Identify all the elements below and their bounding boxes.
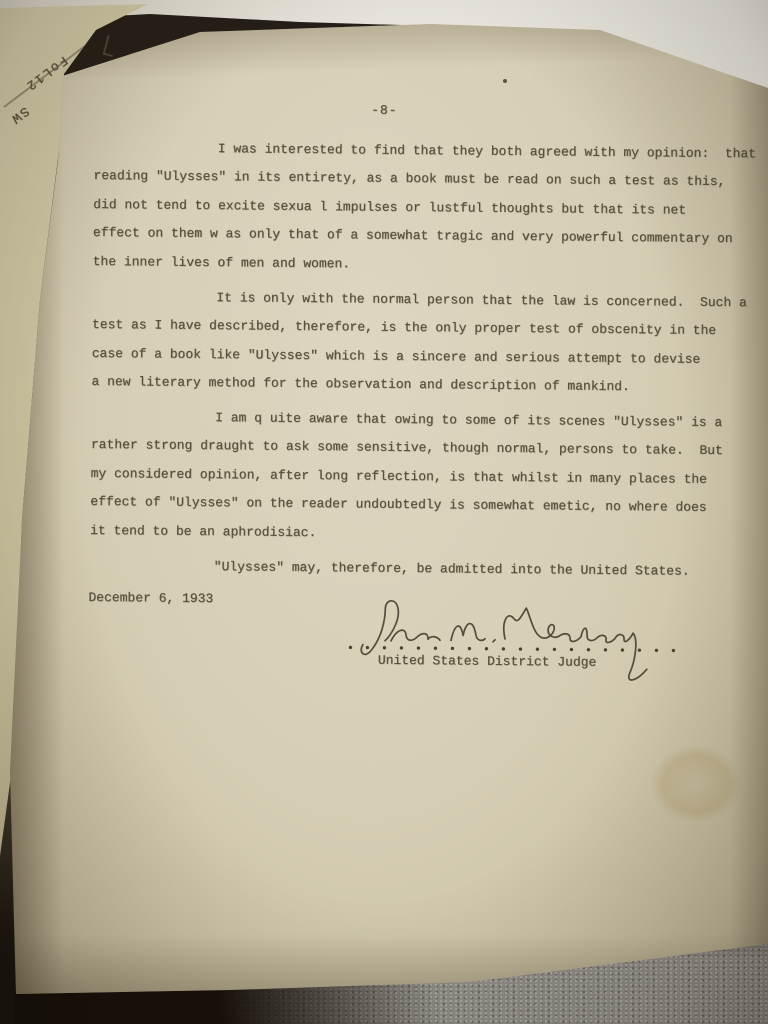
signature-title: United States District Judge: [378, 651, 597, 673]
paragraph: I am q uite aware that owing to some of …: [90, 403, 751, 552]
paragraph: It is only with the normal person that t…: [91, 283, 752, 403]
text-line: "Ulysses" may, therefore, be admitted in…: [90, 552, 750, 587]
typed-content-layer: -8- I was interested to find that they b…: [0, 0, 768, 1024]
page-number: -8-: [371, 103, 398, 118]
body-text: I was interested to find that they both …: [90, 134, 754, 586]
date-line: December 6, 1933: [88, 584, 213, 613]
paragraph: I was interested to find that they both …: [93, 134, 754, 283]
photo-of-document: FoL12 SW -8- I was interested to find th…: [0, 0, 768, 1024]
handwritten-signature: [326, 586, 687, 709]
paragraph: "Ulysses" may, therefore, be admitted in…: [90, 552, 750, 587]
